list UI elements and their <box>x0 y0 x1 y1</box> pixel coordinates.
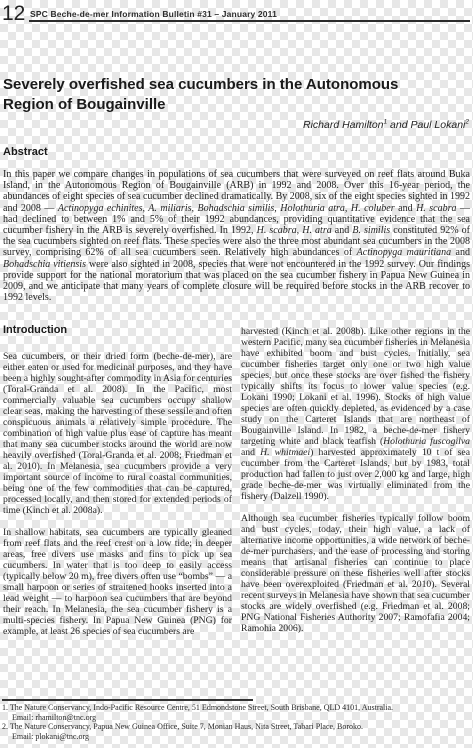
footnotes: 1. The Nature Conservancy, Indo-Pacific … <box>2 703 470 742</box>
text-run: In shallow habitats, sea cucumbers are t… <box>3 527 232 637</box>
text-run: and <box>395 203 416 214</box>
text-run: H. scabra <box>416 203 456 214</box>
text-run: and Paul Lokani <box>387 119 465 131</box>
text-run: harvested (Kinch et al. 2008b). Like oth… <box>241 326 470 447</box>
text-run: Holothuria fuscogilva <box>383 436 470 447</box>
text-run: Actinopyga mauritiana <box>357 247 451 258</box>
footnote-email: Email: plokani@tnc.org <box>2 732 470 742</box>
body-paragraph: In shallow habitats, sea cucumbers are t… <box>3 527 232 637</box>
body-paragraph: harvested (Kinch et al. 2008b). Like oth… <box>241 326 470 502</box>
text-run: H. whitmaei <box>260 447 310 458</box>
footnote-text: 2. The Nature Conservancy, Papua New Gui… <box>2 722 470 732</box>
text-run: and <box>332 225 353 236</box>
text-run: Actinopyga echinites, A. miliaris, Bohad… <box>58 203 395 214</box>
text-run: Richard Hamilton <box>303 119 384 131</box>
text-run: and <box>451 247 470 258</box>
footnote: 1. The Nature Conservancy, Indo-Pacific … <box>2 703 470 722</box>
footnote-text: 1. The Nature Conservancy, Indo-Pacific … <box>2 703 470 713</box>
text-run: Although sea cucumber fisheries typicall… <box>241 513 470 634</box>
body-paragraph: Although sea cucumber fisheries typicall… <box>241 513 470 634</box>
footnote-marker: 2 <box>465 119 469 126</box>
abstract-heading: Abstract <box>3 146 48 158</box>
body-paragraph: Sea cucumbers, or their dried form (bech… <box>3 351 232 516</box>
byline: Richard Hamilton1 and Paul Lokani2 <box>0 119 469 131</box>
text-run: and <box>241 447 260 458</box>
body-paragraph: In this paper we compare changes in popu… <box>3 169 470 303</box>
article-title: Severely overfished sea cucumbers in the… <box>3 75 450 114</box>
page-number: 12 <box>2 2 25 26</box>
left-column: Sea cucumbers, or their dried form (bech… <box>3 351 232 637</box>
header-rule <box>29 20 470 22</box>
text-run: H. scabra, H. atra <box>257 225 332 236</box>
bulletin-title: SPC Beche-de-mer Information Bulletin #3… <box>30 9 277 19</box>
introduction-heading: Introduction <box>3 324 67 336</box>
footnote: 2. The Nature Conservancy, Papua New Gui… <box>2 722 470 741</box>
text-run: Bohadschia vitiensis <box>3 259 86 270</box>
abstract-body: In this paper we compare changes in popu… <box>3 169 470 303</box>
text-run: B. similis <box>352 225 390 236</box>
paper-page: 12 SPC Beche-de-mer Information Bulletin… <box>0 0 473 748</box>
footnote-email: Email: rhamilton@tnc.org <box>2 713 470 723</box>
footnote-rule <box>2 699 253 701</box>
text-run: Sea cucumbers, or their dried form (bech… <box>3 351 232 516</box>
right-column: harvested (Kinch et al. 2008b). Like oth… <box>241 326 470 634</box>
